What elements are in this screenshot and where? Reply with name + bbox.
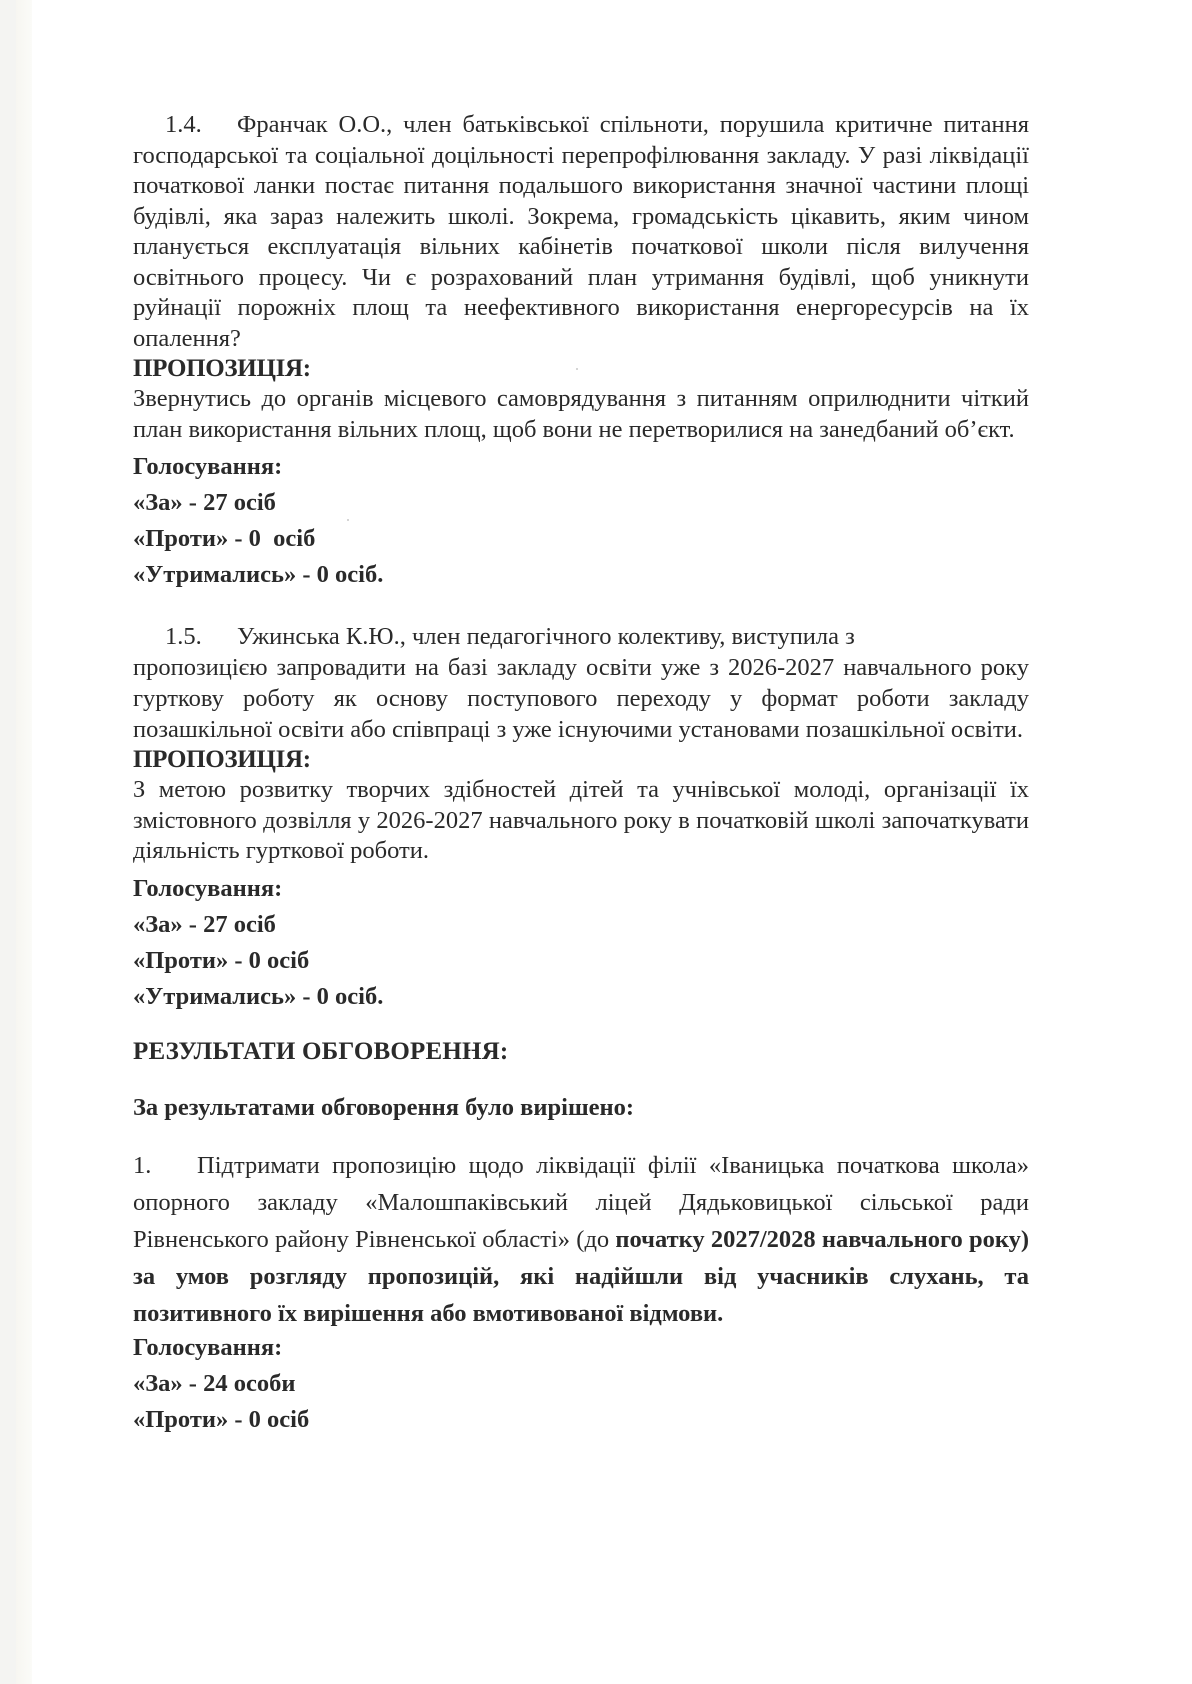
vote-heading: Голосування: <box>133 449 1029 485</box>
results-heading: РЕЗУЛЬТАТИ ОБГОВОРЕННЯ: <box>133 1037 1029 1067</box>
proposal-heading: ПРОПОЗИЦІЯ: <box>133 354 1029 384</box>
resolution-number: 1. <box>133 1147 197 1184</box>
document-page: 1.4.Франчак О.О., член батьківської спіл… <box>16 0 1192 1684</box>
item-text-continued: пропозицією запровадити на базі закладу … <box>133 654 1029 743</box>
item-text: Франчак О.О., член батьківської спільнот… <box>133 111 1029 352</box>
spacer <box>133 1123 1029 1147</box>
item-text: Ужинська К.Ю., член педагогічного колект… <box>237 623 855 650</box>
vote-against: «Проти» - 0 осіб <box>133 1402 1029 1438</box>
scan-speck <box>576 368 578 370</box>
scan-speck <box>347 519 349 521</box>
vote-against: «Проти» - 0 осіб <box>133 521 1029 557</box>
vote-against: «Проти» - 0 осіб <box>133 943 1029 979</box>
vote-heading: Голосування: <box>133 871 1029 907</box>
results-section: РЕЗУЛЬТАТИ ОБГОВОРЕННЯ: За результатами … <box>133 1037 1029 1438</box>
scan-speck <box>470 1049 472 1051</box>
proposal-text: З метою розвитку творчих здібностей діте… <box>133 775 1029 867</box>
spacer <box>133 593 1029 621</box>
decided-label: За результатами обговорення було вирішен… <box>133 1093 1029 1123</box>
proposal-heading: ПРОПОЗИЦІЯ: <box>133 745 1029 775</box>
vote-heading: Голосування: <box>133 1330 1029 1366</box>
vote-abstained: «Утримались» - 0 осіб. <box>133 979 1029 1015</box>
item-1-4: 1.4.Франчак О.О., член батьківської спіл… <box>133 110 1029 593</box>
item-number: 1.5. <box>133 621 237 652</box>
item-paragraph: 1.4.Франчак О.О., член батьківської спіл… <box>133 110 1029 354</box>
vote-for: «За» - 27 осіб <box>133 485 1029 521</box>
proposal-text: Звернутись до органів місцевого самовряд… <box>133 384 1029 445</box>
document-content: 1.4.Франчак О.О., член батьківської спіл… <box>133 110 1029 1438</box>
scan-edge <box>16 0 32 1684</box>
resolution-item: 1.Підтримати пропозицію щодо ліквідації … <box>133 1147 1029 1332</box>
spacer <box>133 1015 1029 1037</box>
vote-for: «За» - 24 особи <box>133 1366 1029 1402</box>
vote-abstained: «Утримались» - 0 осіб. <box>133 557 1029 593</box>
vote-for: «За» - 27 осіб <box>133 907 1029 943</box>
item-paragraph: 1.5.Ужинська К.Ю., член педагогічного ко… <box>133 621 1029 745</box>
spacer <box>133 1067 1029 1093</box>
item-1-5: 1.5.Ужинська К.Ю., член педагогічного ко… <box>133 621 1029 1015</box>
item-number: 1.4. <box>133 110 237 141</box>
scan-speck <box>802 1168 804 1170</box>
